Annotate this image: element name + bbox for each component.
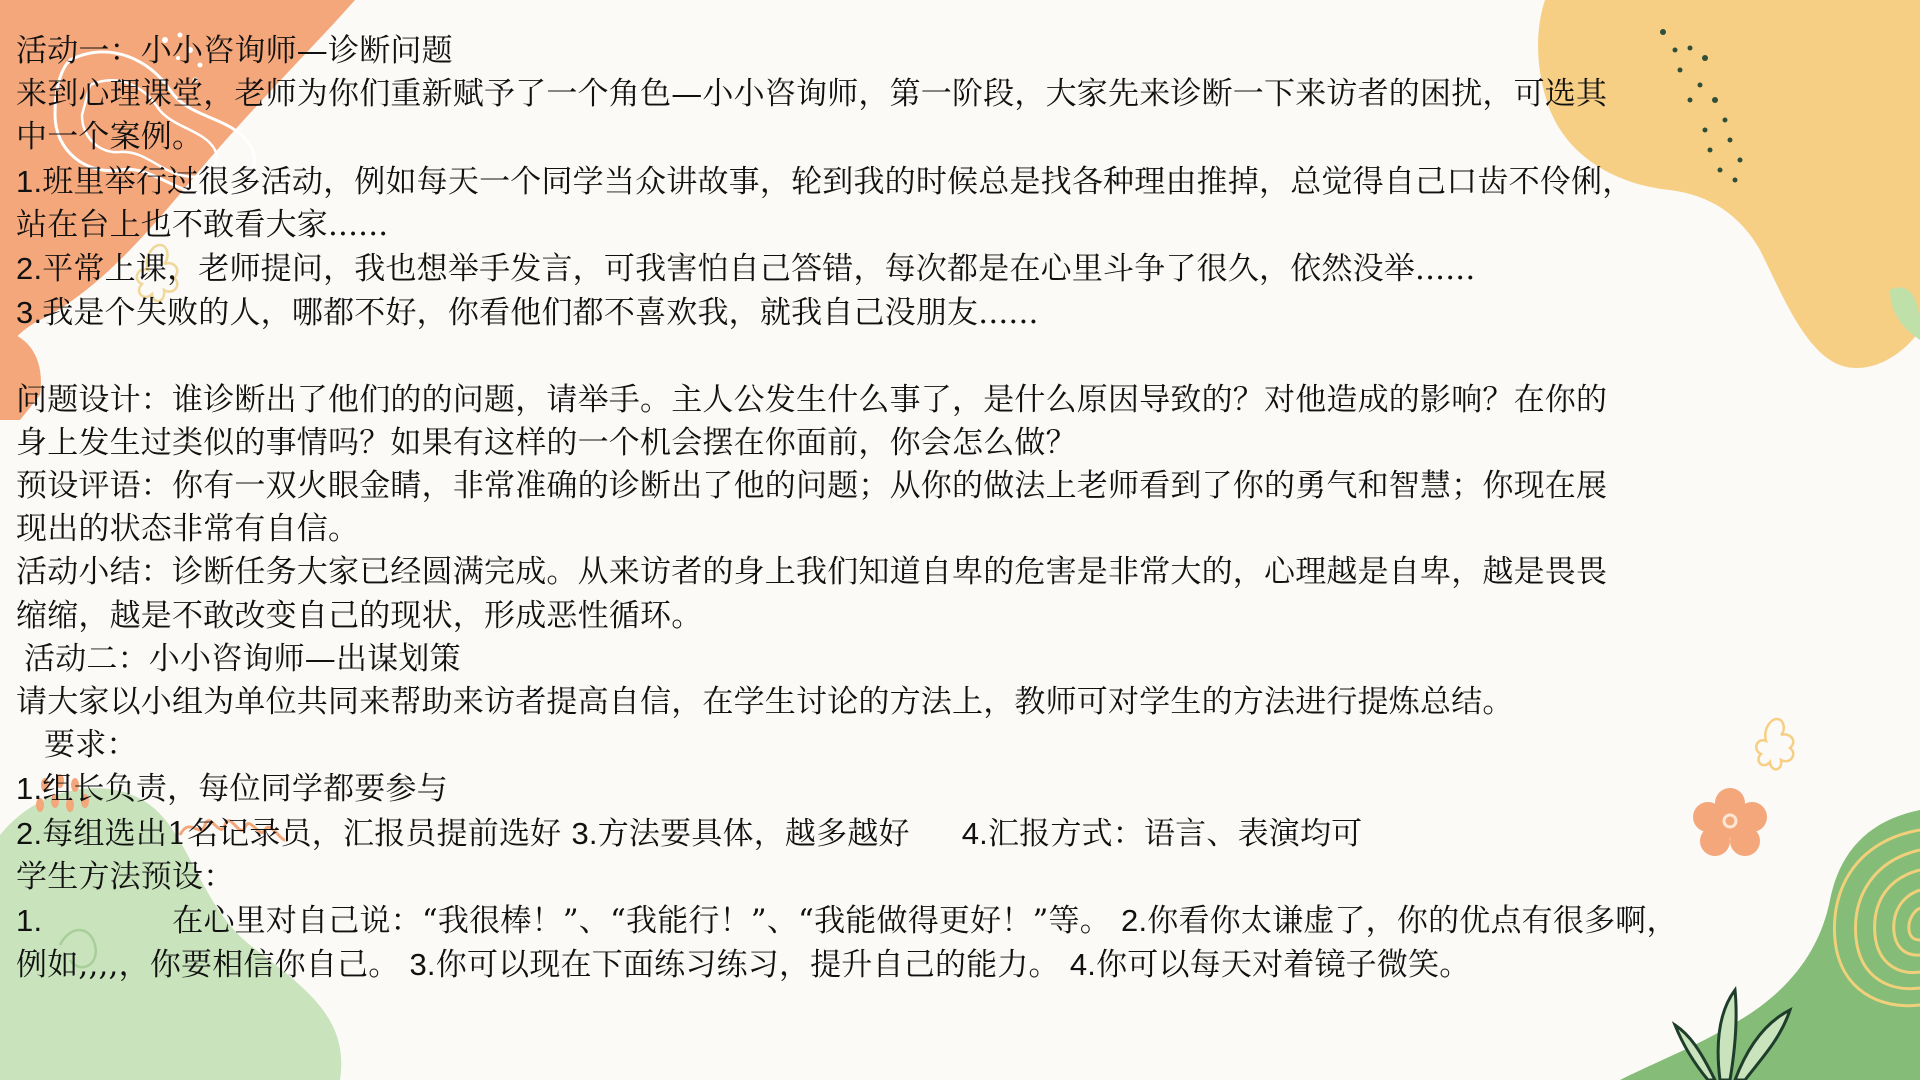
question-design-line1: 问题设计：谁诊断出了他们的的问题，请举手。主人公发生什么事了，是什么原因导致的？… <box>16 379 1896 422</box>
method-1-num: 1. <box>16 903 42 938</box>
method-2-num: 2. <box>1121 903 1147 938</box>
case-1: 1.班里举行过很多活动，例如每天一个同学当众讲故事，轮到我的时候总是找各种理由推… <box>16 160 1896 204</box>
activity1-intro-line2: 中一个案例。 <box>16 116 1896 159</box>
req-3-text: 方法要具体，越多越好 <box>598 816 910 852</box>
case-2-text: 平常上课，老师提问，我也想举手发言，可我害怕自己答错，每次都是在心里斗争了很久，… <box>42 251 1475 287</box>
method-1-text: 在心里对自己说：“我很棒！”、“我能行！”、“我能做得更好！”等。 <box>172 903 1111 939</box>
activity1-title: 活动一：小小咨询师—诊断问题 <box>16 30 1896 73</box>
summary-line2: 缩缩，越是不敢改变自己的现状，形成恶性循环。 <box>16 595 1896 638</box>
req-4-text: 汇报方式：语言、表演均可 <box>988 816 1362 852</box>
requirements-2-4: 2.每组选出1名记录员，汇报员提前选好 3.方法要具体，越多越好4.汇报方式：语… <box>16 812 1896 856</box>
req-4-num: 4. <box>962 816 988 851</box>
case-1-text: 班里举行过很多活动，例如每天一个同学当众讲故事，轮到我的时候总是找各种理由推掉，… <box>42 164 1633 200</box>
req-1-num: 1. <box>16 771 42 806</box>
requirements-label: 要求： <box>16 724 1896 767</box>
methods-label: 学生方法预设： <box>16 856 1896 899</box>
case-3-text: 我是个失败的人，哪都不好，你看他们都不喜欢我，就我自己没朋友...... <box>42 295 1038 331</box>
blank-line <box>16 335 1896 378</box>
method-2-cont: 例如,,,,，你要相信你自己。 <box>16 947 399 983</box>
slide-content: 活动一：小小咨询师—诊断问题 来到心理课堂，老师为你们重新赋予了一个角色—小小咨… <box>16 30 1896 987</box>
case-2: 2.平常上课，老师提问，我也想举手发言，可我害怕自己答错，每次都是在心里斗争了很… <box>16 247 1896 291</box>
summary-line1: 活动小结：诊断任务大家已经圆满完成。从来访者的身上我们知道自卑的危害是非常大的，… <box>16 551 1896 594</box>
case-1-cont: 站在台上也不敢看大家...... <box>16 204 1896 247</box>
method-4-num: 4. <box>1070 947 1096 982</box>
req-1-text: 组长负责，每位同学都要参与 <box>42 771 448 807</box>
case-3: 3.我是个失败的人，哪都不好，你看他们都不喜欢我，就我自己没朋友...... <box>16 291 1896 335</box>
activity2-intro: 请大家以小组为单位共同来帮助来访者提高自信，在学生讨论的方法上，教师可对学生的方… <box>16 681 1896 724</box>
methods-line1: 1.在心里对自己说：“我很棒！”、“我能行！”、“我能做得更好！”等。 2.你看… <box>16 899 1896 943</box>
req-2-num: 2. <box>16 816 42 851</box>
question-design-line2: 身上发生过类似的事情吗？如果有这样的一个机会摆在你面前，你会怎么做？ <box>16 422 1896 465</box>
case-3-num: 3. <box>16 295 42 330</box>
preset-comment-line1: 预设评语：你有一双火眼金睛，非常准确的诊断出了他的问题；从你的做法上老师看到了你… <box>16 465 1896 508</box>
case-2-num: 2. <box>16 251 42 286</box>
activity1-intro-line1: 来到心理课堂，老师为你们重新赋予了一个角色—小小咨询师，第一阶段，大家先来诊断一… <box>16 73 1896 116</box>
case-1-num: 1. <box>16 164 42 199</box>
method-2-text: 你看你太谦虚了，你的优点有很多啊， <box>1147 903 1677 939</box>
methods-line2: 例如,,,,，你要相信你自己。 3.你可以现在下面练习练习，提升自己的能力。 4… <box>16 943 1896 987</box>
method-3-num: 3. <box>409 947 435 982</box>
method-3-text: 你可以现在下面练习练习，提升自己的能力。 <box>436 947 1060 983</box>
method-4-text: 你可以每天对着镜子微笑。 <box>1096 947 1470 983</box>
req-3-num: 3. <box>571 816 597 851</box>
req-2-text: 每组选出1名记录员，汇报员提前选好 <box>42 816 571 852</box>
requirement-1: 1.组长负责，每位同学都要参与 <box>16 767 1896 811</box>
preset-comment-line2: 现出的状态非常有自信。 <box>16 508 1896 551</box>
activity2-title: 活动二：小小咨询师—出谋划策 <box>16 638 1896 681</box>
